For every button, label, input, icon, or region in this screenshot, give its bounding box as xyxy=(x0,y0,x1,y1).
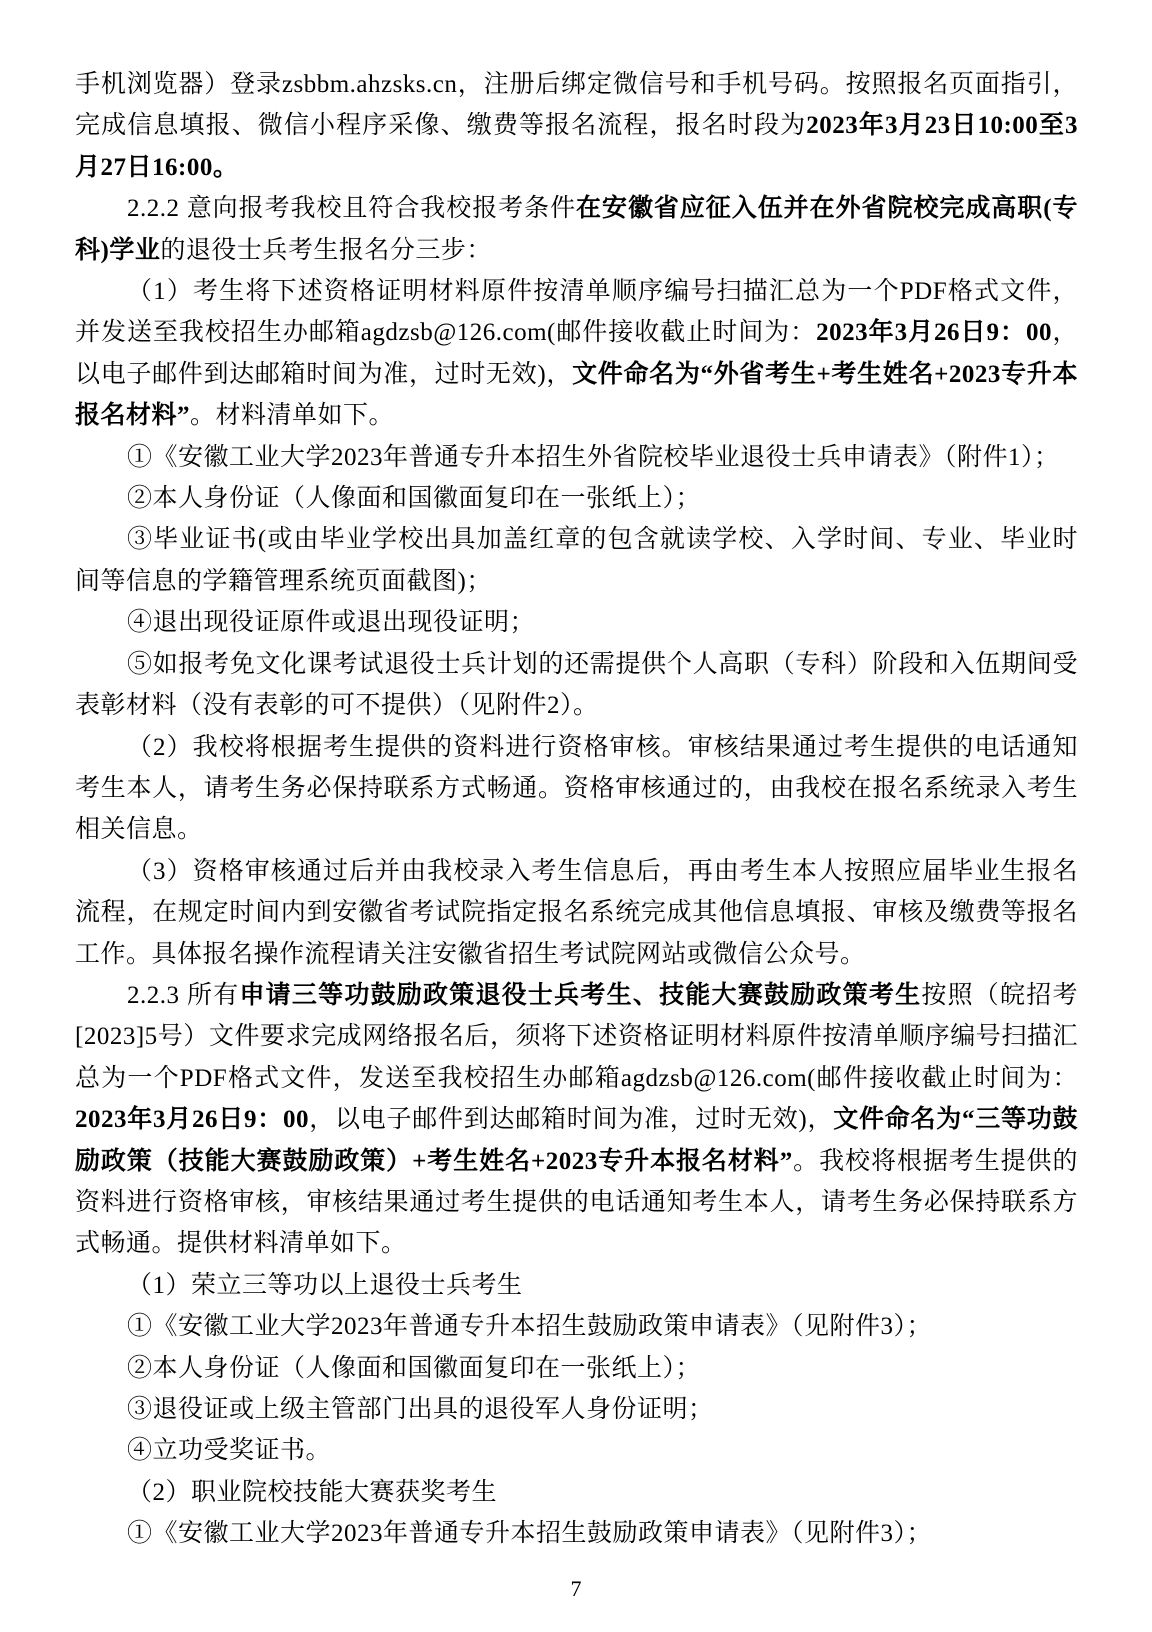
text-run: 的退役士兵考生报名分三步： xyxy=(160,237,492,264)
text-run: （2）职业院校技能大赛获奖考生 xyxy=(127,1479,497,1506)
paragraph: ③毕业证书(或由毕业学校出具加盖红章的包含就读学校、入学时间、专业、毕业时间等信… xyxy=(75,519,1078,602)
paragraph: 2.2.2 意向报考我校且符合我校报考条件在安徽省应征入伍并在外省院校完成高职(… xyxy=(75,188,1078,271)
paragraph: ④退出现役证原件或退出现役证明； xyxy=(75,602,1078,643)
text-run: ①《安徽工业大学2023年普通专升本招生外省院校毕业退役士兵申请表》（附件1）； xyxy=(127,444,1060,471)
paragraph: ④立功受奖证书。 xyxy=(75,1430,1078,1471)
text-run: 。材料清单如下。 xyxy=(190,402,394,429)
paragraph: ①《安徽工业大学2023年普通专升本招生鼓励政策申请表》（见附件3）； xyxy=(75,1306,1078,1347)
text-run: （1）荣立三等功以上退役士兵考生 xyxy=(127,1272,523,1299)
paragraph: 2.2.3 所有申请三等功鼓励政策退役士兵考生、技能大赛鼓励政策考生按照（皖招考… xyxy=(75,975,1078,1265)
text-run: （2）我校将根据考生提供的资料进行资格审核。审核结果通过考生提供的电话通知考生本… xyxy=(75,734,1078,844)
document-page: 手机浏览器）登录zsbbm.ahzsks.cn，注册后绑定微信号和手机号码。按照… xyxy=(0,0,1152,1632)
text-run: 2023年3月26日9：00 xyxy=(816,319,1052,346)
text-run: ②本人身份证（人像面和国徽面复印在一张纸上）； xyxy=(127,485,701,512)
paragraph: ③退役证或上级主管部门出具的退役军人身份证明； xyxy=(75,1389,1078,1430)
text-run: ④退出现役证原件或退出现役证明； xyxy=(127,609,535,636)
text-run: 2.2.3 所有 xyxy=(127,982,239,1009)
paragraph: ②本人身份证（人像面和国徽面复印在一张纸上）； xyxy=(75,478,1078,519)
paragraph: ②本人身份证（人像面和国徽面复印在一张纸上）； xyxy=(75,1348,1078,1389)
page-number: 7 xyxy=(0,1576,1152,1602)
text-run: ，以电子邮件到达邮箱时间为准，过时无效)， xyxy=(309,1106,833,1133)
paragraph: ①《安徽工业大学2023年普通专升本招生鼓励政策申请表》（见附件3）； xyxy=(75,1513,1078,1554)
text-run: 申请三等功鼓励政策退役士兵考生、技能大赛鼓励政策考生 xyxy=(239,982,921,1009)
text-run: ①《安徽工业大学2023年普通专升本招生鼓励政策申请表》（见附件3）； xyxy=(127,1313,932,1340)
paragraph: （3）资格审核通过后并由我校录入考生信息后，再由考生本人按照应届毕业生报名流程，… xyxy=(75,851,1078,975)
paragraph: （1）考生将下述资格证明材料原件按清单顺序编号扫描汇总为一个PDF格式文件，并发… xyxy=(75,271,1078,437)
paragraph: （2）职业院校技能大赛获奖考生 xyxy=(75,1472,1078,1513)
text-run: 2.2.2 意向报考我校且符合我校报考条件 xyxy=(127,195,576,222)
text-run: 2023年3月26日9：00 xyxy=(75,1106,309,1133)
paragraph: ①《安徽工业大学2023年普通专升本招生外省院校毕业退役士兵申请表》（附件1）； xyxy=(75,437,1078,478)
text-run: ⑤如报考免文化课考试退役士兵计划的还需提供个人高职（专科）阶段和入伍期间受表彰材… xyxy=(75,651,1078,719)
paragraph: （2）我校将根据考生提供的资料进行资格审核。审核结果通过考生提供的电话通知考生本… xyxy=(75,727,1078,851)
text-run: （3）资格审核通过后并由我校录入考生信息后，再由考生本人按照应届毕业生报名流程，… xyxy=(75,858,1078,968)
text-run: ①《安徽工业大学2023年普通专升本招生鼓励政策申请表》（见附件3）； xyxy=(127,1520,932,1547)
paragraph: ⑤如报考免文化课考试退役士兵计划的还需提供个人高职（专科）阶段和入伍期间受表彰材… xyxy=(75,644,1078,727)
text-run: ③毕业证书(或由毕业学校出具加盖红章的包含就读学校、入学时间、专业、毕业时间等信… xyxy=(75,526,1078,594)
paragraph: （1）荣立三等功以上退役士兵考生 xyxy=(75,1265,1078,1306)
text-run: ③退役证或上级主管部门出具的退役军人身份证明； xyxy=(127,1396,714,1423)
text-run: ④立功受奖证书。 xyxy=(127,1437,331,1464)
document-body: 手机浏览器）登录zsbbm.ahzsks.cn，注册后绑定微信号和手机号码。按照… xyxy=(75,64,1078,1555)
text-run: ②本人身份证（人像面和国徽面复印在一张纸上）； xyxy=(127,1355,701,1382)
paragraph: 手机浏览器）登录zsbbm.ahzsks.cn，注册后绑定微信号和手机号码。按照… xyxy=(75,64,1078,188)
